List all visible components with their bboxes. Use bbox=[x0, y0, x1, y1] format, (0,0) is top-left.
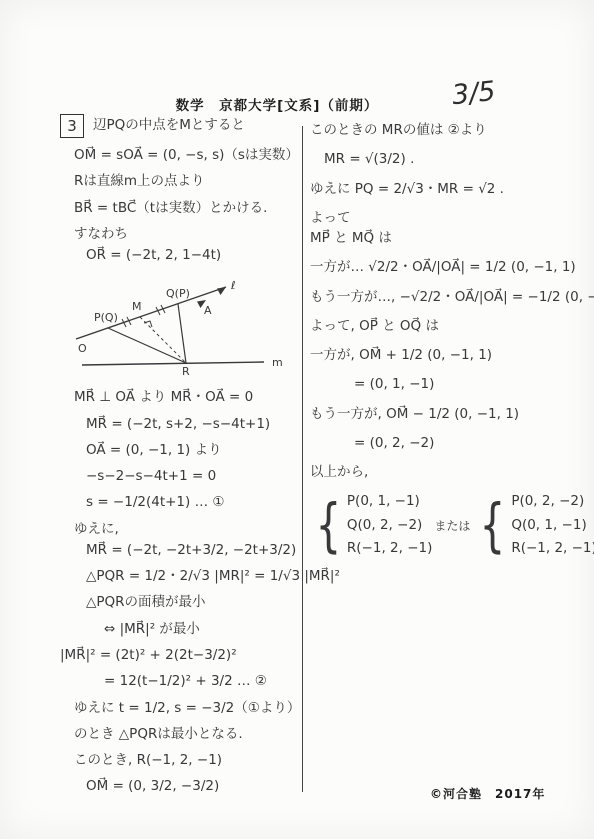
math-line: このときの MRの値は ②より bbox=[310, 122, 586, 139]
math-line: △PQR = 1/2・2/√3 |MR|² = 1/√3 |MR⃗|² bbox=[60, 568, 302, 585]
math-line: BR⃗ = tBC⃗（tは実数）とかける. bbox=[60, 200, 302, 217]
answer-set-a: P(0, 1, −1) Q(0, 2, −2) R(−1, 2, −1) bbox=[347, 493, 432, 557]
point-p-label: P(Q) bbox=[94, 311, 118, 324]
math-line: ゆえに, bbox=[60, 521, 302, 538]
answer-set-b: P(0, 2, −2) Q(0, 1, −1) R(−1, 2, −1) bbox=[511, 493, 594, 557]
math-line: = (0, 2, −2) bbox=[310, 435, 586, 452]
handwritten-page-number: 3/5 bbox=[450, 76, 496, 111]
math-line: −s−2−s−4t+1 = 0 bbox=[60, 468, 302, 485]
point-r-label: R bbox=[182, 365, 190, 377]
math-line: このとき, R(−1, 2, −1) bbox=[60, 752, 302, 769]
right-solution-column: このときの MRの値は ②より MR = √(3/2) . ゆえに PQ = 2… bbox=[310, 122, 586, 557]
math-line: MR⃗ = (−2t, −2t+3/2, −2t+3/2) bbox=[60, 542, 302, 559]
math-line: MP⃗ と MQ⃗ は bbox=[310, 230, 586, 247]
math-line: 一方が, OM⃗ + 1/2 (0, −1, 1) bbox=[310, 347, 586, 364]
math-line: よって, OP⃗ と OQ⃗ は bbox=[310, 318, 586, 335]
left-brace: { bbox=[480, 499, 506, 551]
line-m-label: m bbox=[272, 356, 283, 369]
math-line: Rは直線m上の点より bbox=[60, 173, 302, 190]
left-solution-column: 3 辺PQの中点をMとすると OM⃗ = sOA⃗ = (0, −s, s)（s… bbox=[60, 114, 302, 805]
answer-point: Q(0, 1, −1) bbox=[511, 517, 594, 534]
math-line: MR⃗ = (−2t, s+2, −s−4t+1) bbox=[60, 416, 302, 433]
answer-point: P(0, 1, −1) bbox=[347, 493, 432, 510]
math-line: すなわち bbox=[60, 226, 302, 243]
origin-label: O bbox=[78, 342, 87, 355]
point-q-label: Q(P) bbox=[166, 287, 190, 300]
math-line: OM⃗ = (0, 3/2, −3/2) bbox=[60, 778, 302, 795]
math-line: = (0, 1, −1) bbox=[310, 376, 586, 393]
math-line: 一方が… √2/2・OA⃗/|OA⃗| = 1/2 (0, −1, 1) bbox=[310, 259, 586, 276]
point-m-label: M bbox=[132, 300, 142, 313]
answer-point: R(−1, 2, −1) bbox=[347, 540, 432, 557]
diagram-svg: ℓ A m O P(Q) M bbox=[68, 273, 296, 377]
left-brace: { bbox=[316, 499, 342, 551]
math-line: MR⃗ ⊥ OA⃗ より MR⃗・OA⃗ = 0 bbox=[60, 389, 302, 406]
math-line: 以上から, bbox=[310, 464, 586, 481]
math-line: よって bbox=[310, 210, 586, 227]
line-l-arrowhead bbox=[217, 287, 226, 295]
math-line: s = −1/2(4t+1) … ① bbox=[60, 494, 302, 511]
scanned-answer-sheet: 数学 京都大学[文系]（前期） 3/5 3 辺PQの中点をMとすると OM⃗ =… bbox=[0, 0, 594, 839]
math-line: もう一方が, OM⃗ − 1/2 (0, −1, 1) bbox=[310, 406, 586, 423]
math-line: = 12(t−1/2)² + 3/2 … ② bbox=[60, 673, 302, 690]
math-line: △PQRの面積が最小 bbox=[60, 594, 302, 611]
line-l-label: ℓ bbox=[230, 279, 236, 292]
segment-mr-dashed bbox=[140, 317, 186, 363]
math-line: ゆえに t = 1/2, s = −3/2（①より） bbox=[60, 700, 302, 717]
problem-number-box: 3 bbox=[60, 114, 84, 138]
math-line: OA⃗ = (0, −1, 1) より bbox=[60, 442, 302, 459]
math-line: MR = √(3/2) . bbox=[310, 151, 586, 168]
math-line: OR⃗ = (−2t, 2, 1−4t) bbox=[60, 247, 302, 264]
answer-point: R(−1, 2, −1) bbox=[511, 540, 594, 557]
column-divider bbox=[302, 126, 303, 792]
answer-point: P(0, 2, −2) bbox=[511, 493, 594, 510]
problem-heading: 3 辺PQの中点をMとすると bbox=[60, 114, 302, 138]
math-line: ⇔ |MR⃗|² が最小 bbox=[60, 621, 302, 638]
geometry-diagram: ℓ A m O P(Q) M bbox=[68, 273, 302, 381]
math-line: OM⃗ = sOA⃗ = (0, −s, s)（sは実数） bbox=[60, 147, 302, 164]
line-m bbox=[82, 362, 264, 365]
segment-pr bbox=[108, 328, 186, 363]
math-line: |MR⃗|² = (2t)² + 2(2t−3/2)² bbox=[60, 647, 302, 664]
math-line: ゆえに PQ = 2/√3・MR = √2 . bbox=[310, 181, 586, 198]
or-connector: または bbox=[434, 517, 470, 534]
math-line: もう一方が…, −√2/2・OA⃗/|OA⃗| = −1/2 (0, −1, 1… bbox=[310, 289, 586, 306]
direction-a-label: A bbox=[204, 304, 212, 317]
copyright-notice: ©河合塾 2017年 bbox=[430, 785, 545, 802]
final-answer-system: { P(0, 1, −1) Q(0, 2, −2) R(−1, 2, −1) ま… bbox=[310, 493, 586, 557]
segment-qr bbox=[178, 304, 186, 363]
math-line: のとき △PQRは最小となる. bbox=[60, 726, 302, 743]
answer-point: Q(0, 2, −2) bbox=[347, 517, 432, 534]
math-line: 辺PQの中点をMとすると bbox=[93, 117, 245, 134]
